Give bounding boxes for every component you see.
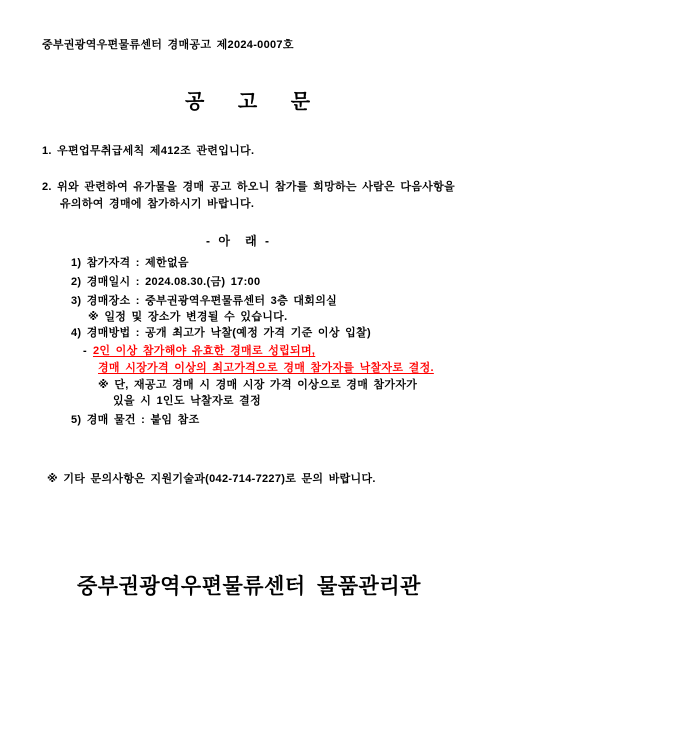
announcement-document-page: 중부권광역우편물류센터 경매공고 제2024-0007호 공 고 문 1. 우편… [0,0,680,743]
detail-participation: 1) 참가자격 : 제한없음 [71,257,189,270]
intro-item-2-line-2: 유의하여 경매에 참가하시기 바랍니다. [60,198,254,211]
detail-place-change-note: ※ 일정 및 장소가 변경될 수 있습니다. [88,311,287,324]
method-note-line-2: 있을 시 1인도 낙찰자로 결정 [113,395,261,408]
dash-bullet: - [83,345,87,357]
method-emphasis-red-text-1: 2인 이상 참가해야 유효한 경매로 성립되며, [93,345,315,357]
intro-item-2-line-1: 2. 위와 관련하여 유가물을 경매 공고 하오니 참가를 희망하는 사람은 다… [42,181,455,194]
detail-auction-datetime: 2) 경매일시 : 2024.08.30.(금) 17:00 [71,276,260,289]
method-note-line-1: ※ 단, 재공고 경매 시 경매 시장 가격 이상으로 경매 참가자가 [98,379,417,392]
below-heading: - 아 래 - [206,235,271,248]
detail-auction-items: 5) 경매 물건 : 붙임 참조 [71,414,200,427]
intro-item-1: 1. 우편업무취급세칙 제412조 관련입니다. [42,145,254,158]
method-emphasis-line-1: -2인 이상 참가해야 유효한 경매로 성립되며, [83,345,315,358]
detail-auction-method: 4) 경매방법 : 공개 최고가 낙찰(예정 가격 기준 이상 입찰) [71,327,371,340]
method-emphasis-line-2: 경매 시장가격 이상의 최고가격으로 경매 참가자를 낙찰자로 결정. [98,362,434,375]
detail-auction-place: 3) 경매장소 : 중부권광역우편물류센터 3층 대회의실 [71,295,337,308]
doc-number: 중부권광역우편물류센터 경매공고 제2024-0007호 [42,39,294,52]
contact-note: ※ 기타 문의사항은 지원기술과(042-714-7227)로 문의 바랍니다. [47,473,376,486]
method-emphasis-red-text-2: 경매 시장가격 이상의 최고가격으로 경매 참가자를 낙찰자로 결정. [98,362,434,374]
page-title: 공 고 문 [185,91,323,113]
signature-org-name: 중부권광역우편물류센터 물품관리관 [77,575,421,599]
